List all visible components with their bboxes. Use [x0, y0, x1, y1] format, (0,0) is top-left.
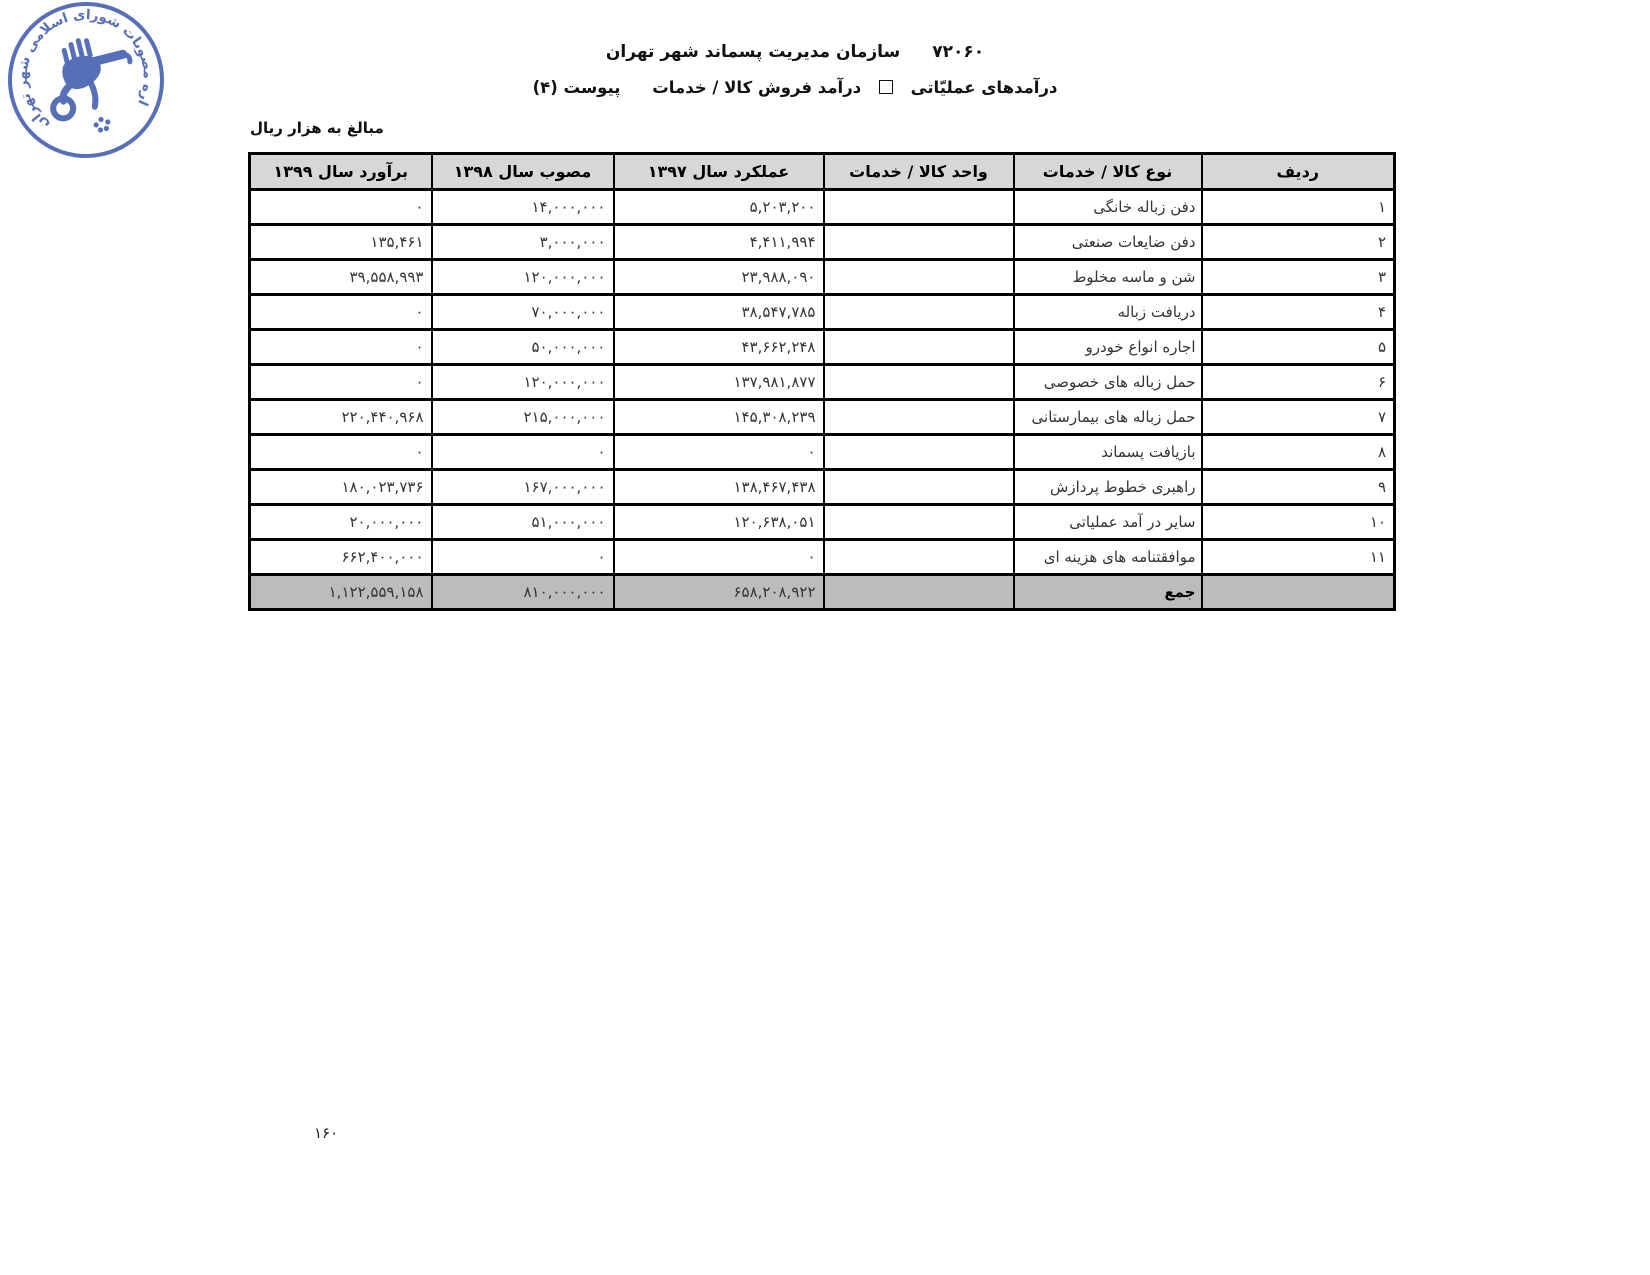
row-number: ۶	[1202, 365, 1395, 400]
table-row: ۱۱موافقتنامه های هزینه ای۰۰۶۶۲,۴۰۰,۰۰۰	[250, 540, 1395, 575]
row-number: ۹	[1202, 470, 1395, 505]
item-unit	[824, 190, 1014, 225]
item-unit	[824, 470, 1014, 505]
header-estimate-1399: برآورد سال ۱۳۹۹	[250, 154, 432, 190]
total-value-1398: ۸۱۰,۰۰۰,۰۰۰	[432, 575, 614, 610]
item-name: دفن زباله خانگی	[1014, 190, 1202, 225]
value-1399: ۳۹,۵۵۸,۹۹۳	[250, 260, 432, 295]
total-value-1399: ۱,۱۲۲,۵۵۹,۱۵۸	[250, 575, 432, 610]
table-row: ۴دریافت زباله۳۸,۵۴۷,۷۸۵۷۰,۰۰۰,۰۰۰۰	[250, 295, 1395, 330]
total-value-1397: ۶۵۸,۲۰۸,۹۲۲	[614, 575, 824, 610]
row-number: ۳	[1202, 260, 1395, 295]
total-row-number	[1202, 575, 1395, 610]
item-unit	[824, 365, 1014, 400]
org-code: ۷۲۰۶۰	[932, 42, 984, 62]
header-item-unit: واحد کالا / خدمات	[824, 154, 1014, 190]
value-1398: ۱۲۰,۰۰۰,۰۰۰	[432, 365, 614, 400]
item-unit	[824, 540, 1014, 575]
item-unit	[824, 400, 1014, 435]
total-label: جمع	[1014, 575, 1202, 610]
attachment-label: پیوست (۴)	[533, 78, 621, 97]
table-row: ۶حمل زباله های خصوصی۱۳۷,۹۸۱,۸۷۷۱۲۰,۰۰۰,۰…	[250, 365, 1395, 400]
value-1398: ۱۴,۰۰۰,۰۰۰	[432, 190, 614, 225]
value-1397: ۰	[614, 435, 824, 470]
value-1397: ۰	[614, 540, 824, 575]
item-name: حمل زباله های خصوصی	[1014, 365, 1202, 400]
header-row-number: ردیف	[1202, 154, 1395, 190]
document-subtitle-line: درآمدهای عملیّاتی درآمد فروش کالا / خدما…	[240, 80, 1350, 97]
row-number: ۱	[1202, 190, 1395, 225]
value-1398: ۵۰,۰۰۰,۰۰۰	[432, 330, 614, 365]
table-row: ۱۰سایر در آمد عملیاتی۱۲۰,۶۳۸,۰۵۱۵۱,۰۰۰,۰…	[250, 505, 1395, 540]
value-1397: ۲۳,۹۸۸,۰۹۰	[614, 260, 824, 295]
item-unit	[824, 225, 1014, 260]
table-row: ۷حمل زباله های بیمارستانی۱۴۵,۳۰۸,۲۳۹۲۱۵,…	[250, 400, 1395, 435]
council-stamp: اداره مصوبات شورای اسلامی شهر تهران	[0, 0, 190, 178]
value-1397: ۱۲۰,۶۳۸,۰۵۱	[614, 505, 824, 540]
header-performance-1397: عملکرد سال ۱۳۹۷	[614, 154, 824, 190]
item-unit	[824, 260, 1014, 295]
value-1399: ۱۸۰,۰۲۳,۷۳۶	[250, 470, 432, 505]
value-1399: ۰	[250, 365, 432, 400]
value-1398: ۳,۰۰۰,۰۰۰	[432, 225, 614, 260]
value-1397: ۵,۲۰۳,۲۰۰	[614, 190, 824, 225]
item-unit	[824, 435, 1014, 470]
value-1398: ۵۱,۰۰۰,۰۰۰	[432, 505, 614, 540]
value-1399: ۶۶۲,۴۰۰,۰۰۰	[250, 540, 432, 575]
value-1398: ۲۱۵,۰۰۰,۰۰۰	[432, 400, 614, 435]
item-unit	[824, 505, 1014, 540]
revenue-table: ردیف نوع کالا / خدمات واحد کالا / خدمات …	[248, 152, 1396, 611]
table-row: ۳شن و ماسه مخلوط۲۳,۹۸۸,۰۹۰۱۲۰,۰۰۰,۰۰۰۳۹,…	[250, 260, 1395, 295]
item-name: اجاره انواع خودرو	[1014, 330, 1202, 365]
item-name: سایر در آمد عملیاتی	[1014, 505, 1202, 540]
value-1397: ۴۳,۶۶۲,۲۴۸	[614, 330, 824, 365]
value-1399: ۱۳۵,۴۶۱	[250, 225, 432, 260]
row-number: ۱۱	[1202, 540, 1395, 575]
item-unit	[824, 295, 1014, 330]
header-item-type: نوع کالا / خدمات	[1014, 154, 1202, 190]
row-number: ۵	[1202, 330, 1395, 365]
org-title-line: ۷۲۰۶۰ سازمان مدیریت پسماند شهر تهران	[240, 44, 1350, 61]
value-1397: ۴,۴۱۱,۹۹۴	[614, 225, 824, 260]
value-1397: ۱۴۵,۳۰۸,۲۳۹	[614, 400, 824, 435]
total-row: جمع ۶۵۸,۲۰۸,۹۲۲ ۸۱۰,۰۰۰,۰۰۰ ۱,۱۲۲,۵۵۹,۱۵…	[250, 575, 1395, 610]
value-1399: ۲۲۰,۴۴۰,۹۶۸	[250, 400, 432, 435]
value-1399: ۲۰,۰۰۰,۰۰۰	[250, 505, 432, 540]
item-name: راهبری خطوط پردازش	[1014, 470, 1202, 505]
subtitle-operational-income: درآمدهای عملیّاتی	[911, 78, 1058, 97]
header-approved-1398: مصوب سال ۱۳۹۸	[432, 154, 614, 190]
document-page: اداره مصوبات شورای اسلامی شهر تهران	[0, 0, 1650, 1275]
total-unit	[824, 575, 1014, 610]
subtitle-sales-income: درآمد فروش کالا / خدمات	[652, 78, 861, 97]
value-1397: ۱۳۸,۴۶۷,۴۳۸	[614, 470, 824, 505]
value-1398: ۷۰,۰۰۰,۰۰۰	[432, 295, 614, 330]
value-1397: ۳۸,۵۴۷,۷۸۵	[614, 295, 824, 330]
page-number: ۱۶۰	[314, 1124, 338, 1142]
value-1398: ۰	[432, 540, 614, 575]
document-header: ۷۲۰۶۰ سازمان مدیریت پسماند شهر تهران درآ…	[240, 44, 1350, 97]
value-1399: ۰	[250, 435, 432, 470]
amounts-unit-note: مبالغ به هزار ریال	[250, 119, 384, 137]
table-row: ۵اجاره انواع خودرو۴۳,۶۶۲,۲۴۸۵۰,۰۰۰,۰۰۰۰	[250, 330, 1395, 365]
item-unit	[824, 330, 1014, 365]
row-number: ۸	[1202, 435, 1395, 470]
value-1398: ۰	[432, 435, 614, 470]
table-body: ۱دفن زباله خانگی۵,۲۰۳,۲۰۰۱۴,۰۰۰,۰۰۰۰۲دفن…	[250, 190, 1395, 575]
value-1398: ۱۲۰,۰۰۰,۰۰۰	[432, 260, 614, 295]
value-1397: ۱۳۷,۹۸۱,۸۷۷	[614, 365, 824, 400]
item-name: شن و ماسه مخلوط	[1014, 260, 1202, 295]
table-row: ۸بازیافت پسماند۰۰۰	[250, 435, 1395, 470]
org-name: سازمان مدیریت پسماند شهر تهران	[606, 42, 900, 62]
row-number: ۱۰	[1202, 505, 1395, 540]
row-number: ۴	[1202, 295, 1395, 330]
row-number: ۷	[1202, 400, 1395, 435]
item-name: حمل زباله های بیمارستانی	[1014, 400, 1202, 435]
value-1399: ۰	[250, 190, 432, 225]
value-1399: ۰	[250, 295, 432, 330]
table-header-row: ردیف نوع کالا / خدمات واحد کالا / خدمات …	[250, 154, 1395, 190]
item-name: بازیافت پسماند	[1014, 435, 1202, 470]
item-name: موافقتنامه های هزینه ای	[1014, 540, 1202, 575]
value-1399: ۰	[250, 330, 432, 365]
stamp-bird-emblem	[38, 30, 145, 143]
checkbox-icon	[879, 80, 893, 94]
table-row: ۱دفن زباله خانگی۵,۲۰۳,۲۰۰۱۴,۰۰۰,۰۰۰۰	[250, 190, 1395, 225]
item-name: دریافت زباله	[1014, 295, 1202, 330]
value-1398: ۱۶۷,۰۰۰,۰۰۰	[432, 470, 614, 505]
table-row: ۲دفن ضایعات صنعتی۴,۴۱۱,۹۹۴۳,۰۰۰,۰۰۰۱۳۵,۴…	[250, 225, 1395, 260]
row-number: ۲	[1202, 225, 1395, 260]
table-row: ۹راهبری خطوط پردازش۱۳۸,۴۶۷,۴۳۸۱۶۷,۰۰۰,۰۰…	[250, 470, 1395, 505]
item-name: دفن ضایعات صنعتی	[1014, 225, 1202, 260]
